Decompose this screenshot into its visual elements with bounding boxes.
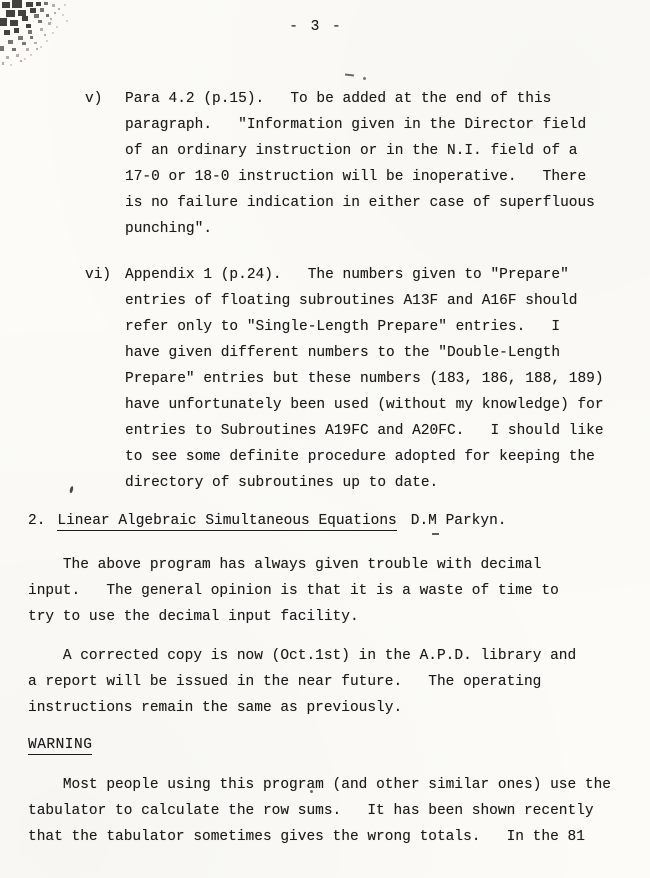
scan-artifact [69,486,74,494]
warning-heading: WARNING [28,732,624,758]
list-item-vi: vi) Appendix 1 (p.24). The numbers given… [85,262,624,496]
section-author: D.M Parkyn. [411,513,507,529]
list-item-text: Appendix 1 (p.24). The numbers given to … [125,262,624,496]
warning-heading-text: WARNING [28,737,92,755]
scan-artifact [363,77,366,80]
page-number: - 3 - [18,14,614,40]
list-item-text: Para 4.2 (p.15). To be added at the end … [125,86,624,242]
section-number: 2. [28,513,45,529]
paragraph: A corrected copy is now (Oct.1st) in the… [28,643,624,721]
paragraph: Most people using this program (and othe… [28,772,624,850]
scan-artifact [432,533,439,535]
list-item-v: v) Para 4.2 (p.15). To be added at the e… [85,86,624,242]
list-item-label: vi) [85,262,125,496]
scan-artifact [345,74,354,77]
paragraph: The above program has always given troub… [28,552,624,630]
section-title: Linear Algebraic Simultaneous Equations [57,513,396,531]
scan-artifact [310,790,313,793]
section-heading: 2.Linear Algebraic Simultaneous Equation… [28,508,624,534]
scanned-document-page: - 3 - v) Para 4.2 (p.15). To be added at… [0,0,650,878]
